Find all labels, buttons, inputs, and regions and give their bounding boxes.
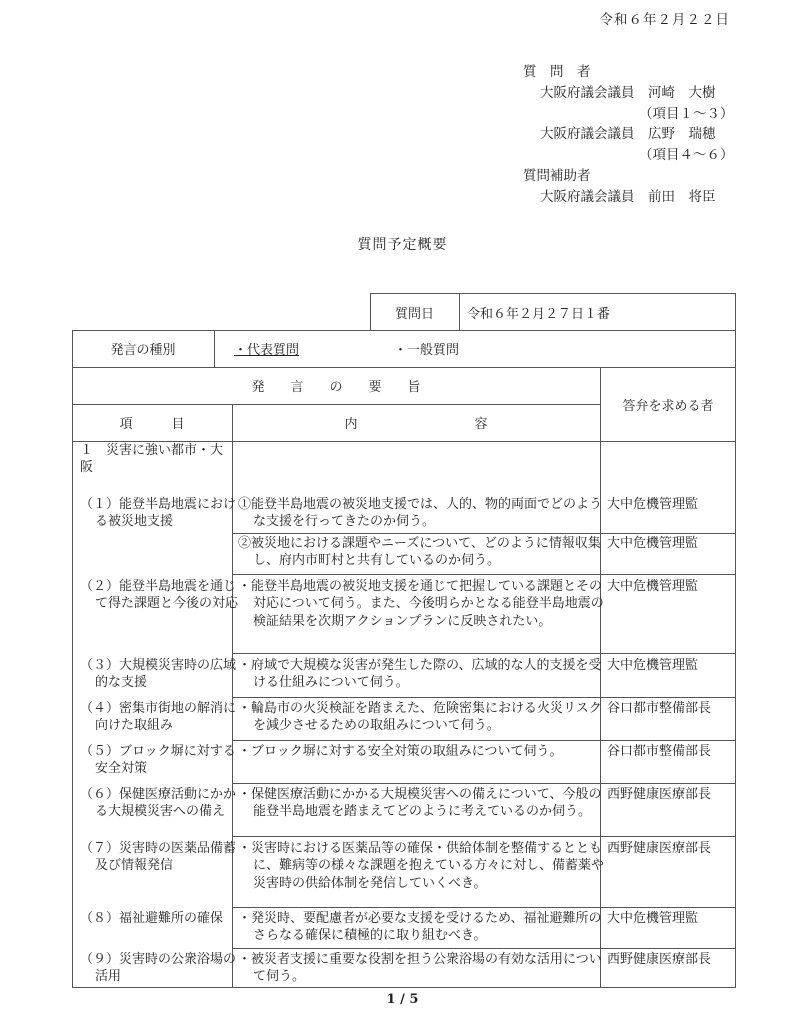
question-date-value: 令和６年２月２７日１番 bbox=[467, 293, 727, 331]
item-header: 項 目 bbox=[72, 404, 232, 441]
divider bbox=[232, 948, 736, 949]
row-content: ・能登半島地震の被災地支援を通じて把握している課題とその対応について伺う。また、… bbox=[238, 578, 611, 630]
row-item: （５）ブロック塀に対する安全対策 bbox=[80, 743, 245, 778]
divider bbox=[232, 907, 736, 908]
row-respondent: 西野健康医療部長 bbox=[607, 840, 735, 857]
row-content: ・府域で大規模な災害が発生した際の、広域的な人的支援を受ける仕組みについて伺う。 bbox=[238, 657, 611, 692]
divider bbox=[232, 697, 736, 698]
row-content: ①能登半島地震の被災地支援では、人的、物的両面でどのような支援を行ってきたのか伺… bbox=[238, 496, 611, 531]
speech-type-option-selected: ・代表質問 bbox=[234, 339, 299, 358]
row-content: ②被災地における課題やニーズについて、どのように情報収集し、府内市町村と共有して… bbox=[238, 535, 611, 570]
respondent-header: 答弁を求める者 bbox=[600, 367, 736, 441]
row-item: （６）保健医療活動にかかる大規模災害への備え bbox=[80, 786, 245, 821]
speech-type-option: ・一般質問 bbox=[394, 339, 459, 358]
divider bbox=[232, 574, 736, 575]
row-item: （２）能登半島地震を通じて得た課題と今後の対応 bbox=[80, 578, 245, 613]
row-item: （７）災害時の医薬品備蓄及び情報発信 bbox=[80, 840, 245, 875]
row-respondent: 谷口都市整備部長 bbox=[607, 700, 735, 717]
summary-header: 発 言 の 要 旨 bbox=[72, 367, 600, 404]
asker-items: （項目１～３） bbox=[523, 104, 734, 125]
speech-type-label: 発言の種別 bbox=[72, 330, 214, 367]
divider bbox=[232, 653, 736, 654]
row-respondent: 西野健康医療部長 bbox=[607, 951, 735, 968]
row-respondent: 大中危機管理監 bbox=[607, 496, 735, 513]
askers-label: 質 問 者 bbox=[523, 62, 734, 83]
askers-block: 質 問 者 大阪府議会議員 河崎 大樹 （項目１～３） 大阪府議会議員 広野 瑞… bbox=[523, 62, 734, 208]
row-respondent: 大中危機管理監 bbox=[607, 578, 735, 595]
question-date-label: 質問日 bbox=[370, 293, 459, 331]
divider bbox=[459, 293, 460, 331]
row-respondent: 谷口都市整備部長 bbox=[607, 743, 735, 760]
divider bbox=[232, 740, 736, 741]
row-item: （３）大規模災害時の広域的な支援 bbox=[80, 657, 245, 692]
assistant-label: 質問補助者 bbox=[523, 166, 734, 187]
divider bbox=[232, 533, 736, 534]
divider bbox=[232, 404, 233, 988]
content-header: 内 容 bbox=[232, 404, 600, 441]
asker-name: 大阪府議会議員 河崎 大樹 bbox=[523, 83, 734, 104]
section-title: １ 災害に強い都市・大阪 bbox=[80, 442, 225, 477]
speech-type-general[interactable]: ・一般質問 bbox=[394, 330, 484, 367]
row-content: ・災害時における医薬品等の確保・供給体制を整備するとともに、難病等の様々な課題を… bbox=[238, 840, 611, 892]
page-number: 1 / 5 bbox=[0, 992, 805, 1007]
row-content: ・輪島市の火災検証を踏まえた、危険密集における火災リスクを減少させるための取組み… bbox=[238, 700, 611, 735]
row-content: ・発災時、要配慮者が必要な支援を受けるため、福祉避難所のさらなる確保に積極的に取… bbox=[238, 910, 611, 945]
assistant-name: 大阪府議会議員 前田 将臣 bbox=[523, 187, 734, 208]
asker-name: 大阪府議会議員 広野 瑞穂 bbox=[523, 124, 734, 145]
row-respondent: 西野健康医療部長 bbox=[607, 786, 735, 803]
speech-type-representative[interactable]: ・代表質問 bbox=[234, 330, 314, 367]
asker-items: （項目４～６） bbox=[523, 145, 734, 166]
document-date: 令和６年２月２２日 bbox=[600, 8, 731, 28]
row-item: （８）福祉避難所の確保 bbox=[80, 910, 245, 927]
row-content: ・保健医療活動にかかる大規模災害への備えについて、今般の能登半島地震を踏まえてど… bbox=[238, 786, 611, 821]
row-respondent: 大中危機管理監 bbox=[607, 910, 735, 927]
row-item: （１）能登半島地震における被災地支援 bbox=[80, 496, 245, 531]
row-item: （４）密集市街地の解消に向けた取組み bbox=[80, 700, 245, 735]
divider bbox=[214, 330, 215, 367]
row-respondent: 大中危機管理監 bbox=[607, 535, 735, 552]
row-item: （９）災害時の公衆浴場の活用 bbox=[80, 951, 245, 986]
row-respondent: 大中危機管理監 bbox=[607, 657, 735, 674]
row-content: ・ブロック塀に対する安全対策の取組みについて伺う。 bbox=[238, 743, 611, 760]
row-content: ・被災者支援に重要な役割を担う公衆浴場の有効な活用について伺う。 bbox=[238, 951, 611, 986]
divider bbox=[232, 783, 736, 784]
divider bbox=[232, 836, 736, 837]
page-title: 質問予定概要 bbox=[0, 234, 805, 254]
